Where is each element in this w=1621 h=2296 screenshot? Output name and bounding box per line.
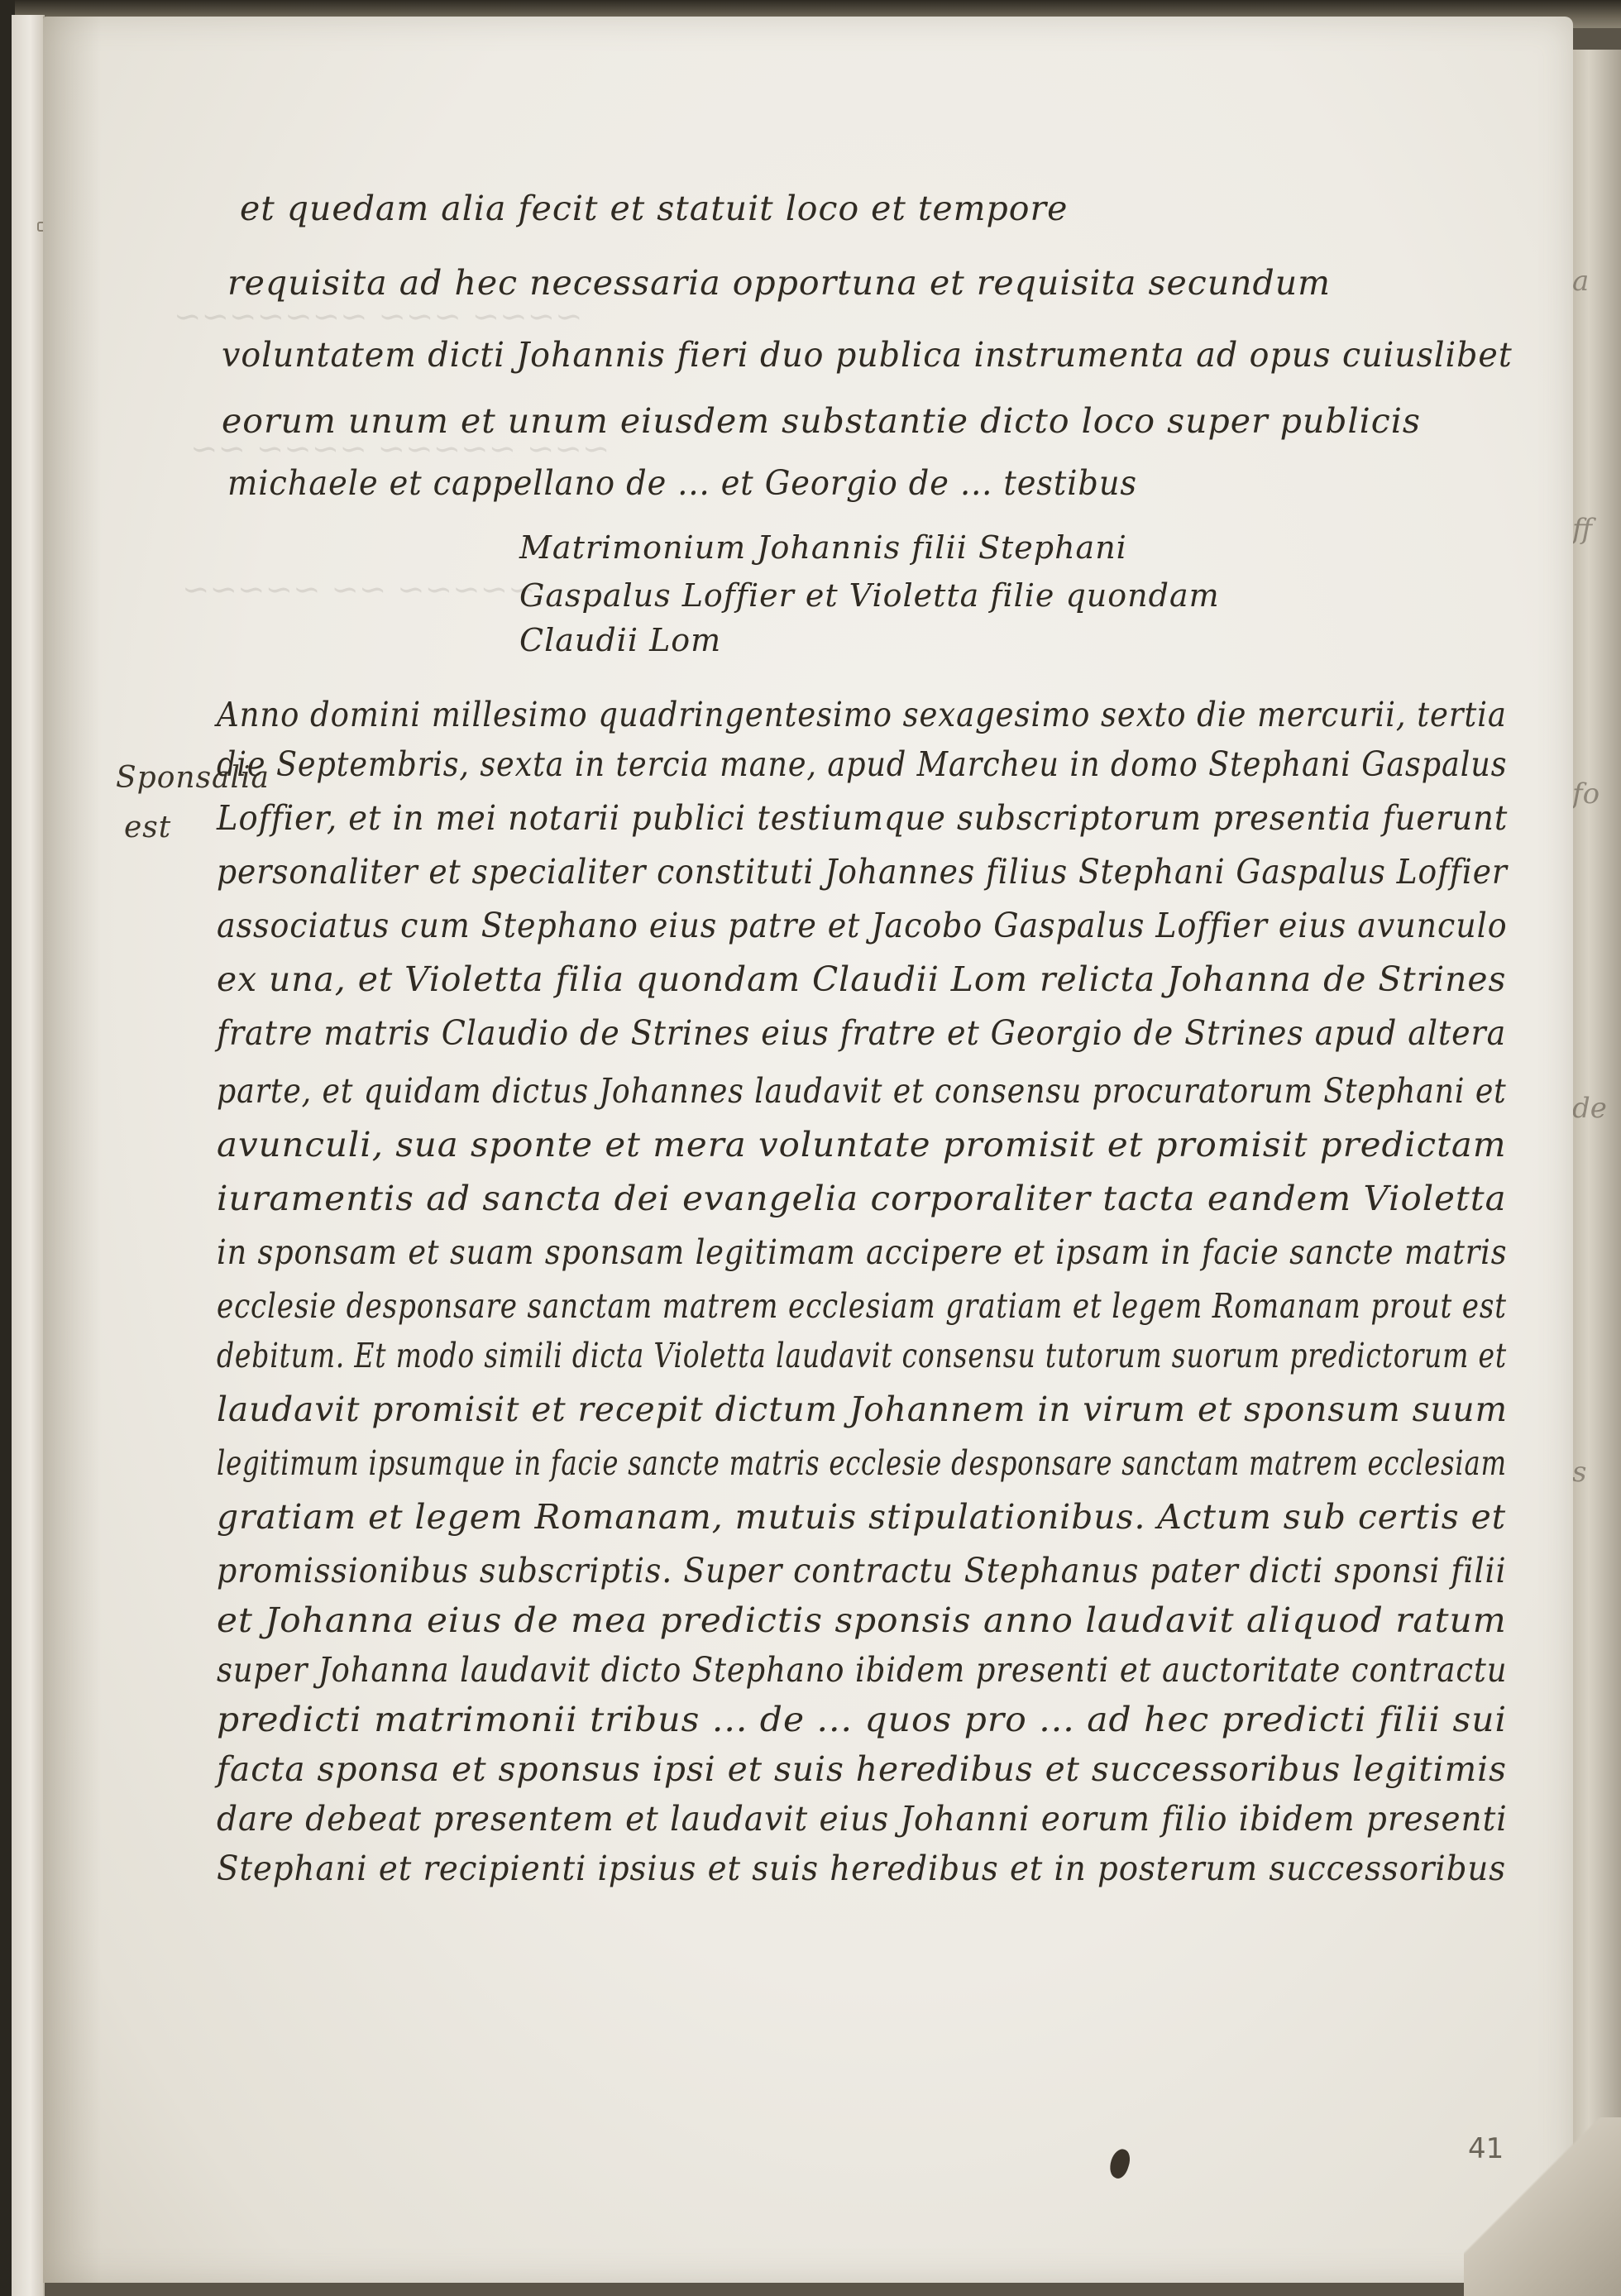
right-page-fragment: s [1572, 1456, 1586, 1489]
right-page-fragment: de [1572, 1092, 1607, 1125]
bleed-through: ~~~~ ~~~ ~~~~~~~ [174, 298, 583, 336]
left-page-leaf [12, 15, 45, 2296]
entry-heading-line: Matrimonium Johannis filii Stephani [519, 529, 1127, 566]
folio-number: 41 [1468, 2132, 1504, 2165]
text-line: et Johanna eius de mea predictis sponsis… [217, 1600, 1507, 1640]
text-line: predicti matrimonii tribus ... de ... qu… [217, 1700, 1507, 1739]
text-line: Anno domini millesimo quadringentesimo s… [217, 695, 1507, 734]
bleed-through: ~~~~~ ~~ ~~~~~ [182, 571, 536, 609]
text-line: et quedam alia fecit et statuit loco et … [240, 189, 1340, 228]
text-line: debitum. Et modo simili dicta Violetta l… [217, 1336, 1507, 1375]
text-line: promissionibus subscriptis. Super contra… [217, 1551, 1507, 1590]
right-page-stack: a ff fo de s [1567, 50, 1621, 2296]
entry-heading-line: Gaspalus Loffier et Violetta filie quond… [519, 577, 1220, 614]
text-line: super Johanna laudavit dicto Stephano ib… [217, 1650, 1507, 1690]
text-line: laudavit promisit et recepit dictum Joha… [217, 1390, 1508, 1429]
text-line: Stephani et recipienti ipsius et suis he… [217, 1849, 1506, 1888]
right-page-fragment: fo [1572, 777, 1599, 811]
text-line: Loffier, et in mei notarii publici testi… [217, 798, 1508, 838]
text-line: requisita ad hec necessaria opportuna et… [227, 263, 1451, 303]
text-line: michaele et cappellano de ... et Georgio… [227, 463, 1077, 503]
text-line: ex una, et Violetta filia quondam Claudi… [217, 959, 1506, 999]
text-line: parte, et quidam dictus Johannes laudavi… [217, 1071, 1507, 1111]
text-line: legitimum ipsumque in facie sancte matri… [217, 1443, 1507, 1483]
text-line: voluntatem dicti Johannis fieri duo publ… [222, 335, 1466, 375]
text-line: facta sponsa et sponsus ipsi et suis her… [217, 1749, 1507, 1789]
right-page-fragment: ff [1572, 513, 1592, 546]
entry-heading-line: Claudii Lom [519, 622, 721, 658]
text-line: associatus cum Stephano eius patre et Ja… [217, 906, 1508, 945]
gutter-shadow [43, 17, 101, 2283]
margin-note: est [124, 811, 171, 844]
text-line: in sponsam et suam sponsam legitimam acc… [217, 1232, 1507, 1272]
right-page-fragment: a [1572, 265, 1589, 298]
text-line: gratiam et legem Romanam, mutuis stipula… [217, 1497, 1506, 1537]
text-line: eorum unum et unum eiusdem substantie di… [222, 401, 1437, 441]
text-line: iuramentis ad sancta dei evangelia corpo… [217, 1179, 1507, 1218]
text-line: dare debeat presentem et laudavit eius J… [217, 1799, 1508, 1839]
text-line: fratre matris Claudio de Strines eius fr… [217, 1013, 1506, 1053]
text-line: personaliter et specialiter constituti J… [217, 852, 1508, 892]
text-line: die Septembris, sexta in tercia mane, ap… [217, 744, 1507, 784]
text-line: avunculi, sua sponte et mera voluntate p… [217, 1125, 1507, 1165]
text-line: ecclesie desponsare sanctam matrem eccle… [217, 1286, 1507, 1326]
